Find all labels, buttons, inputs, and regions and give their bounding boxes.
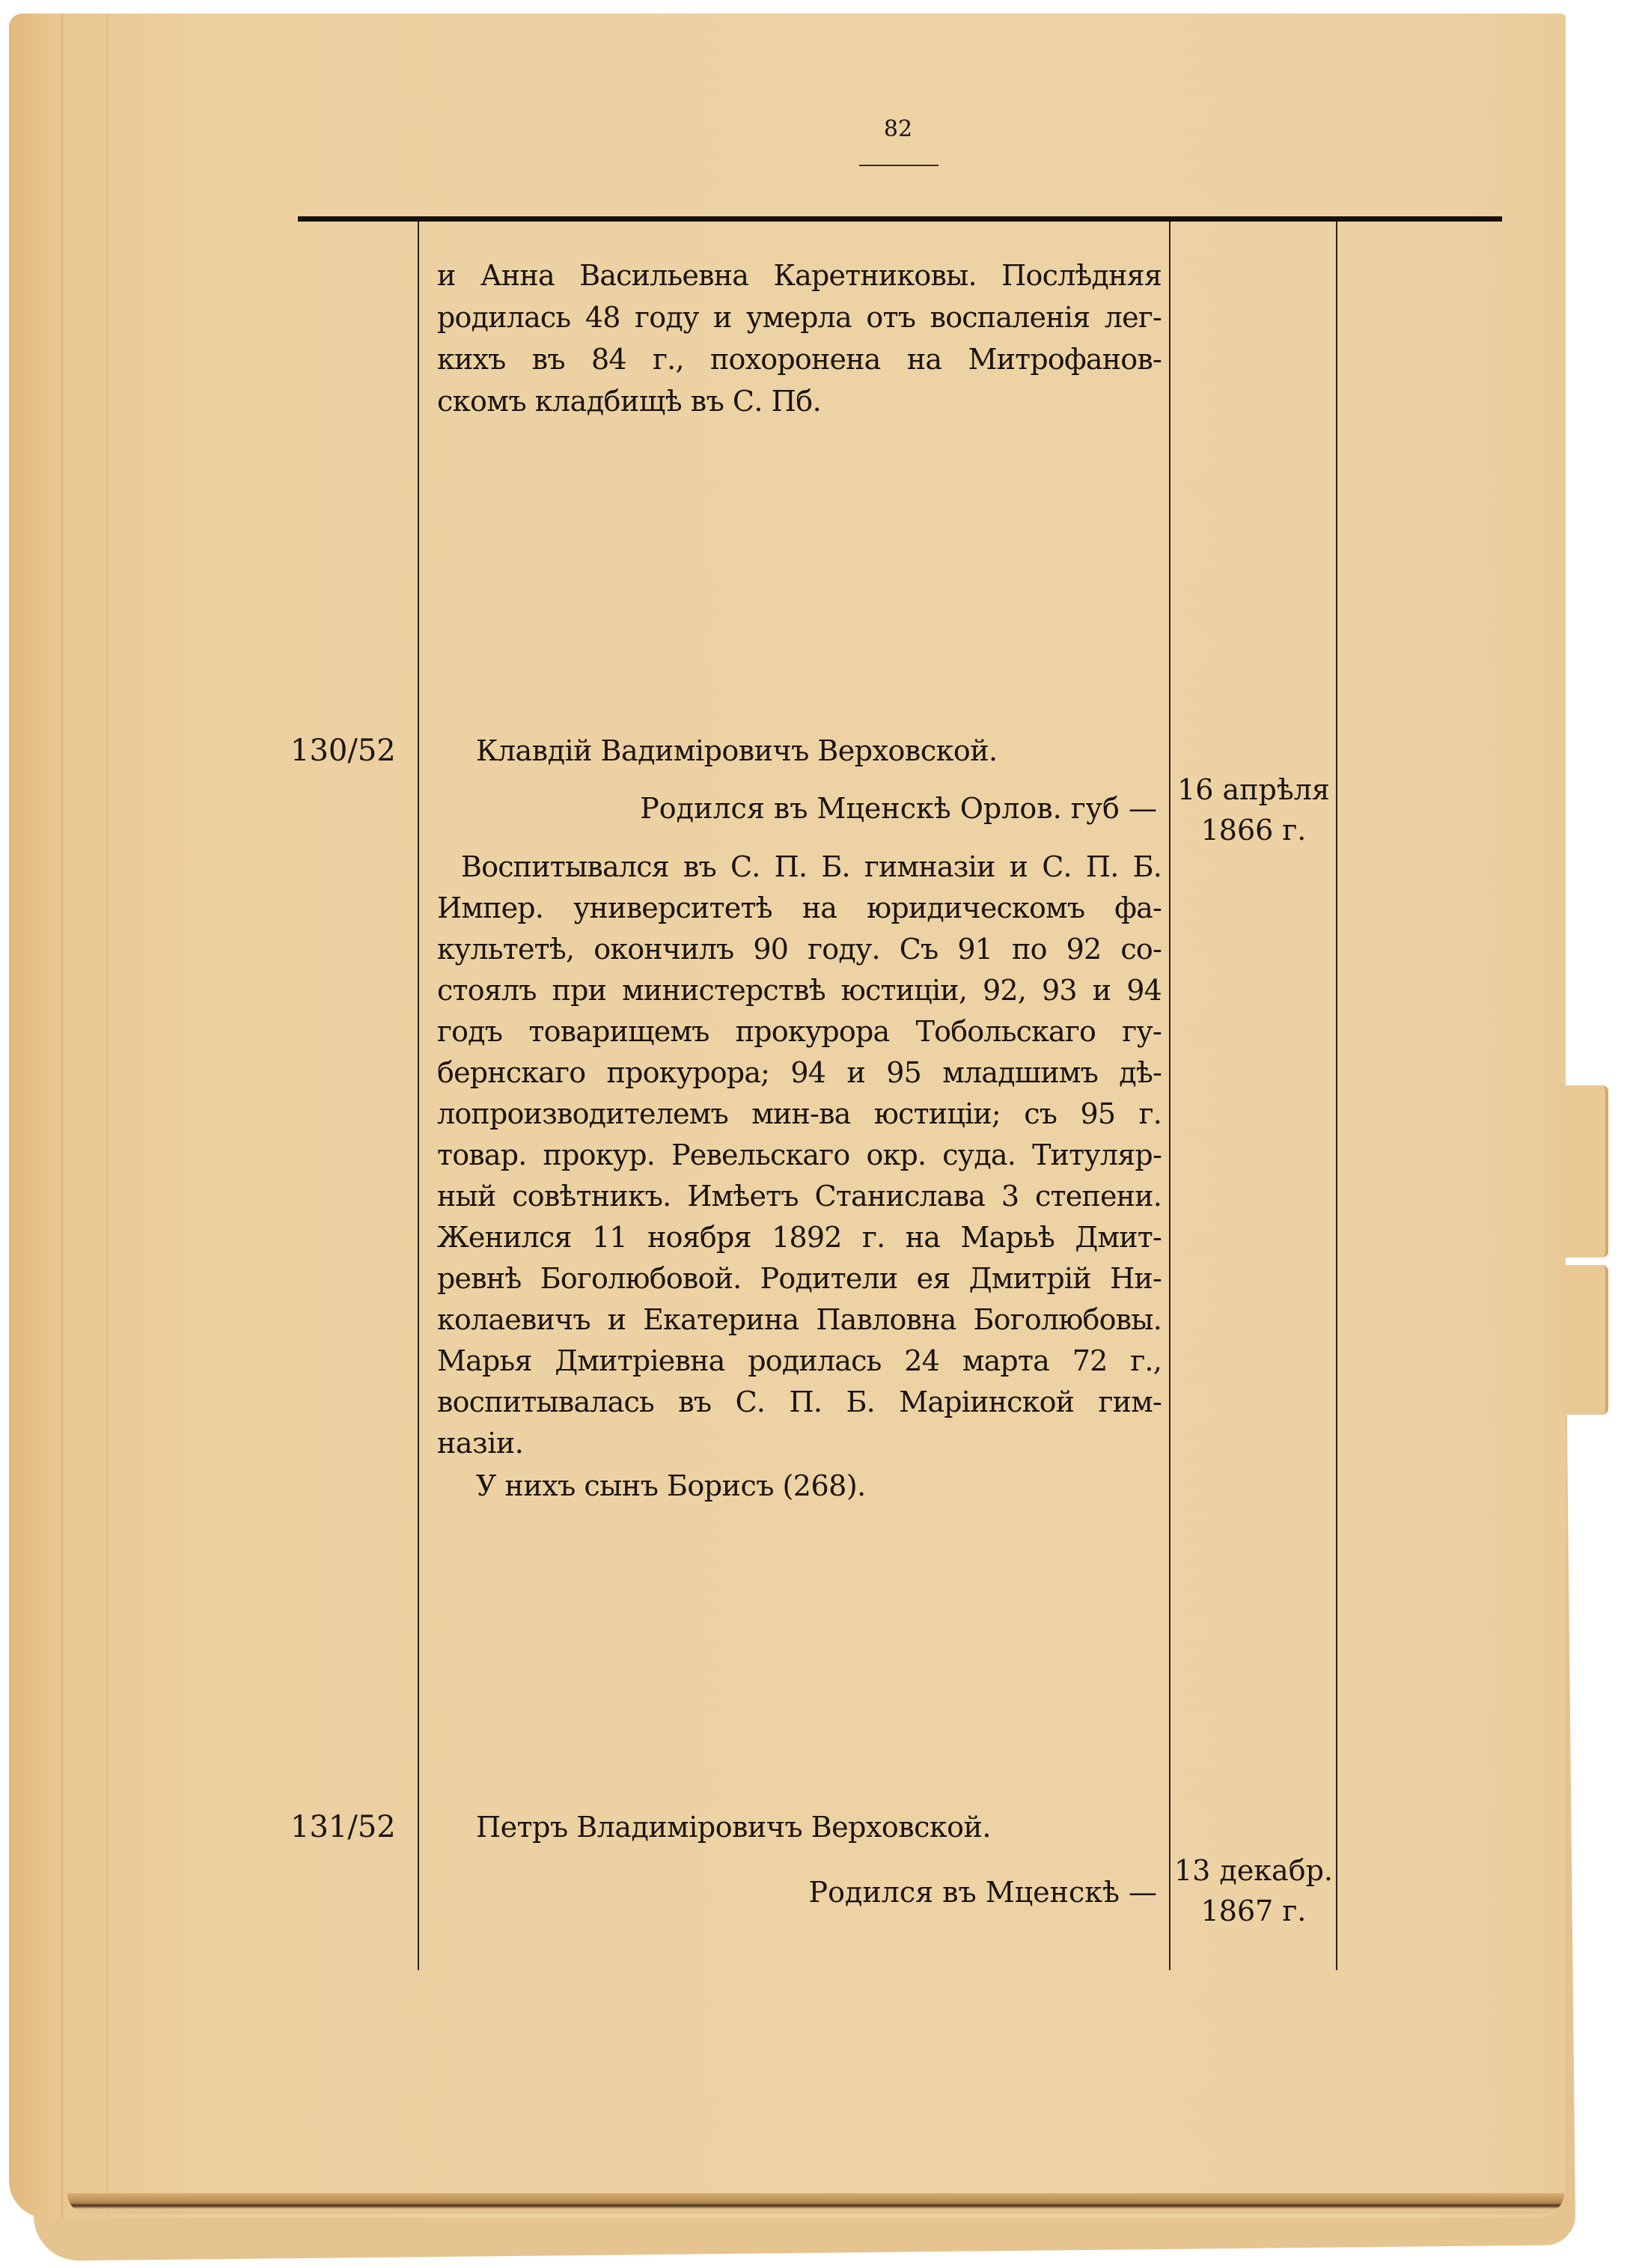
column-divider-number (418, 222, 419, 1970)
text-line: лопроизводителемъ мин-ва юстиціи; съ 95 … (437, 1093, 1162, 1135)
page-number: 82 (861, 116, 936, 142)
text-line: назіи. (437, 1422, 523, 1464)
text-line: и Анна Васильевна Каретниковы. Послѣдняя (437, 254, 1162, 296)
text-line: Женился 11 ноября 1892 г. на Марьѣ Дмит- (437, 1216, 1162, 1258)
text-line: ный совѣтникъ. Имѣетъ Станислава 3 степе… (437, 1175, 1162, 1217)
folded-edge-tab (1560, 1085, 1608, 1258)
text-line: воспитывалась въ С. П. Б. Маріинской гим… (437, 1381, 1162, 1423)
birthplace: Родился въ Мценскѣ Орлов. губ — (640, 787, 1157, 829)
table-top-rule (298, 216, 1502, 222)
column-divider-text (1169, 222, 1171, 1970)
birthplace: Родился въ Мценскѣ — (809, 1871, 1157, 1913)
text-line: стоялъ при министерствѣ юстиціи, 92, 93 … (437, 969, 1162, 1011)
text-line: бернскаго прокурора; 94 и 95 младшимъ дѣ… (437, 1052, 1162, 1094)
column-divider-date (1336, 222, 1337, 1970)
text-line: Марья Дмитріевна родилась 24 марта 72 г.… (437, 1340, 1162, 1382)
text-line: Импер. университетѣ на юридическомъ фа- (437, 887, 1162, 929)
text-line: ревнѣ Боголюбовой. Родители ея Дмитрій Н… (437, 1258, 1162, 1299)
torn-bottom-edge (67, 2193, 1564, 2214)
birth-date-day-month: 16 апрѣля (1172, 769, 1335, 810)
text-line: товар. прокур. Ревельскаго окр. суда. Ти… (437, 1134, 1162, 1176)
text-line: годъ товарищемъ прокурора Тобольскаго гу… (437, 1010, 1162, 1052)
text-line: культетѣ, окончилъ 90 году. Съ 91 по 92 … (437, 928, 1162, 970)
text-line: Воспитывался въ С. П. Б. гимназіи и С. П… (461, 846, 1162, 888)
text-line: скомъ кладбищѣ въ С. Пб. (437, 380, 821, 422)
text-line: колаевичъ и Екатерина Павловна Боголюбов… (437, 1299, 1162, 1341)
page-number-rule (859, 165, 938, 166)
entry-name: Петръ Владиміровичъ Верховской. (476, 1806, 991, 1848)
birth-date-year: 1867 г. (1172, 1891, 1335, 1931)
entry-name: Клавдій Вадиміровичъ Верховской. (476, 730, 998, 772)
text-line: родилась 48 году и умерла отъ воспаленія… (437, 296, 1162, 338)
entry-number: 130/52 (290, 730, 396, 772)
entry-number: 131/52 (290, 1806, 396, 1848)
birth-date-year: 1866 г. (1172, 810, 1335, 850)
text-line: кихъ въ 84 г., похоронена на Митрофанов- (437, 338, 1162, 380)
children-line: У нихъ сынъ Борисъ (268). (476, 1465, 866, 1507)
birth-date-day-month: 13 декабр. (1172, 1850, 1335, 1891)
folded-edge-tab (1560, 1265, 1608, 1415)
